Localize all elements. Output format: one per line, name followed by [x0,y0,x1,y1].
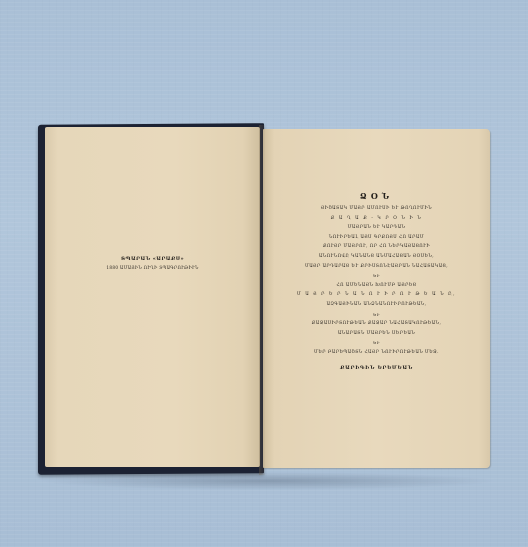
dedication-signature: ՔԱՐԻԳԻՆ ԵՐԵՄԵԱՆ [263,366,490,371]
imprint-line-1: ՏՊԱՐԱՆ «ԱՐԱՔՍ» [45,257,260,262]
left-page-imprint: ՏՊԱՐԱՆ «ԱՐԱՔՍ» 1880 ԱՄԱՅԻՆ ՈՒՂԻ ՏՊԱԳՐՈՒԹ… [45,257,260,270]
left-page [45,127,260,467]
dedication-title: ՁՕՆ [263,192,490,200]
dedication-line: ՄԵՐ ԲԱՐԵՊԱՇՏՆ ՀԱՅՐ ՆՈՒԻՐՈՒԹԵԱՆ ՄԵՋ. [263,351,490,361]
imprint-line-2: 1880 ԱՄԱՅԻՆ ՈՒՂԻ ՏՊԱԳՐՈՒԹԻՒՆ [45,266,260,270]
book-shadow [38,472,498,490]
dedication-text: ՁՕՆ ՅԻՇԱՏԱԿ ՄԱՅՐ ԱՄՈՒՍԻ ԵՒ ԹՈՂՈՒՄԻՆ Ք Ա … [263,192,490,371]
